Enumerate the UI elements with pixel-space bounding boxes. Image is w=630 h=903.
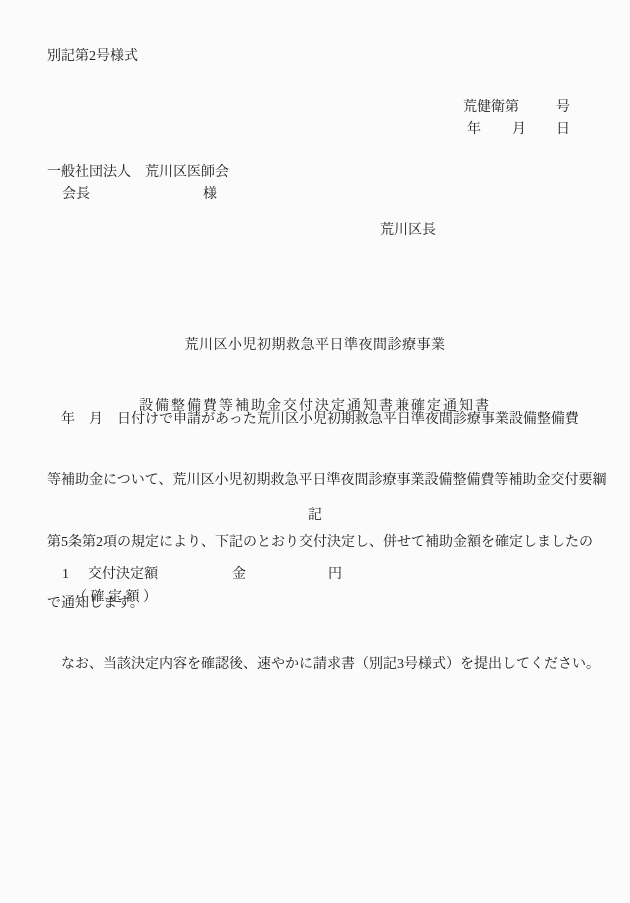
body-paragraph: 年 月 日付けで申請があった荒川区小児初期救急平日準夜間診療事業設備整備費 等補… bbox=[47, 370, 613, 715]
addressee-role: 会長 bbox=[62, 185, 90, 205]
body-line: なお、当該決定内容を確認後、速やかに請求書（別記3号様式）を提出してください。 bbox=[47, 654, 613, 676]
date-day-label: 日 bbox=[556, 120, 570, 140]
item1-confirmed-amount-label: （ 確 定 額 ） bbox=[73, 588, 157, 608]
body-line: 第5条第2項の規定により、下記のとおり交付決定し、併せて補助金額を確定しましたの bbox=[47, 532, 613, 554]
date-month-label: 月 bbox=[512, 120, 526, 140]
document-page: 別記第2号様式 荒健衛第 号 年 月 日 一般社団法人 荒川区医師会 会長 様 … bbox=[0, 0, 630, 903]
sender-name: 荒川区長 bbox=[380, 221, 436, 241]
item1-label: 交付決定額 bbox=[88, 565, 158, 585]
document-title-line1: 荒川区小児初期救急平日準夜間診療事業 bbox=[0, 335, 630, 357]
addressee-organization: 一般社団法人 荒川区医師会 bbox=[47, 163, 229, 183]
item1-number: 1 bbox=[62, 565, 69, 585]
item1-amount-suffix: 円 bbox=[328, 565, 342, 585]
date-year-label: 年 bbox=[467, 120, 481, 140]
doc-number-prefix: 荒健衛第 bbox=[463, 98, 519, 118]
form-style-label: 別記第2号様式 bbox=[47, 47, 138, 67]
record-marker: 記 bbox=[0, 506, 630, 526]
addressee-honorific: 様 bbox=[203, 185, 217, 205]
item1-amount-prefix: 金 bbox=[232, 565, 246, 585]
body-line: 等補助金について、荒川区小児初期救急平日準夜間診療事業設備整備費等補助金交付要綱 bbox=[47, 470, 613, 492]
body-line: 年 月 日付けで申請があった荒川区小児初期救急平日準夜間診療事業設備整備費 bbox=[47, 409, 613, 431]
doc-number-suffix: 号 bbox=[556, 98, 570, 118]
